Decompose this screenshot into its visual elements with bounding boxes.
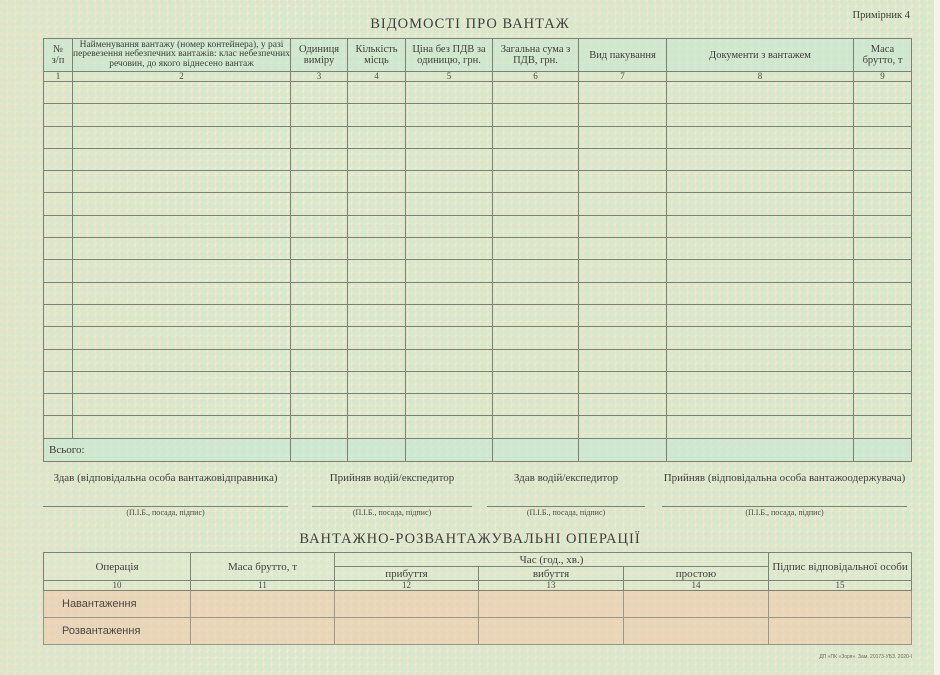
- cargo-cell[interactable]: [493, 171, 579, 193]
- cargo-cell[interactable]: [73, 371, 291, 393]
- cargo-cell[interactable]: [667, 215, 854, 237]
- cargo-cell[interactable]: [667, 282, 854, 304]
- cargo-cell[interactable]: [667, 327, 854, 349]
- cargo-cell[interactable]: [348, 371, 406, 393]
- cargo-cell[interactable]: [73, 238, 291, 260]
- cargo-cell[interactable]: [406, 282, 493, 304]
- cargo-cell[interactable]: [348, 171, 406, 193]
- cargo-cell[interactable]: [579, 171, 667, 193]
- col-header-mass: Маса брутто, т: [191, 553, 335, 581]
- cargo-cell[interactable]: [73, 349, 291, 371]
- cargo-cell[interactable]: [579, 349, 667, 371]
- cargo-cell[interactable]: [291, 327, 348, 349]
- cargo-cell[interactable]: [854, 304, 912, 326]
- paper-edge: [934, 0, 940, 675]
- cargo-cell[interactable]: [854, 104, 912, 126]
- cargo-cell[interactable]: [348, 104, 406, 126]
- table-row: [44, 104, 912, 126]
- cargo-cell[interactable]: [44, 394, 73, 416]
- col-header-gross-mass: Маса брутто, т: [854, 39, 912, 72]
- table-row: [44, 193, 912, 215]
- total-cell[interactable]: [854, 438, 912, 461]
- cargo-cell[interactable]: [348, 148, 406, 170]
- cargo-cell[interactable]: [493, 215, 579, 237]
- cargo-cell[interactable]: [73, 193, 291, 215]
- cargo-cell[interactable]: [73, 215, 291, 237]
- cargo-cell[interactable]: [73, 104, 291, 126]
- table-row: [44, 171, 912, 193]
- loading-arrival-cell[interactable]: [335, 591, 479, 618]
- cargo-cell[interactable]: [854, 126, 912, 148]
- signature-caption: (П.І.Б., посада, підпис): [662, 508, 907, 517]
- cargo-cell[interactable]: [579, 282, 667, 304]
- cargo-cell[interactable]: [493, 193, 579, 215]
- col-header-cargo-name: Найменування вантажу (номер контейнера),…: [73, 39, 291, 72]
- cargo-cell[interactable]: [406, 349, 493, 371]
- table-row: [44, 148, 912, 170]
- total-cell[interactable]: [348, 438, 406, 461]
- cargo-cell[interactable]: [406, 260, 493, 282]
- signature-caption: (П.І.Б., посада, підпис): [43, 508, 288, 517]
- cargo-cell[interactable]: [348, 82, 406, 104]
- unloading-departure-cell[interactable]: [479, 618, 624, 645]
- cargo-cell[interactable]: [579, 148, 667, 170]
- cargo-cell[interactable]: [44, 171, 73, 193]
- cargo-cell[interactable]: [854, 349, 912, 371]
- signature-line-shipper[interactable]: [43, 506, 288, 507]
- col-num: 15: [769, 581, 912, 591]
- loading-idle-cell[interactable]: [624, 591, 769, 618]
- col-header-price: Ціна без ПДВ за одиницю, грн.: [406, 39, 493, 72]
- cargo-cell[interactable]: [291, 126, 348, 148]
- operation-row-loading: Навантаження: [44, 591, 912, 618]
- table-row: [44, 394, 912, 416]
- col-num: 14: [624, 581, 769, 591]
- cargo-cell[interactable]: [44, 126, 73, 148]
- cargo-cell[interactable]: [44, 327, 73, 349]
- total-cell[interactable]: [493, 438, 579, 461]
- col-header-operation: Операція: [44, 553, 191, 581]
- cargo-cell[interactable]: [493, 104, 579, 126]
- cargo-cell[interactable]: [406, 304, 493, 326]
- cargo-cell[interactable]: [854, 193, 912, 215]
- printer-imprint: ДП «ПК «Зоря». Зам. 20173-УБЗ. 2020-І: [819, 654, 912, 660]
- cargo-cell[interactable]: [291, 238, 348, 260]
- cargo-cell[interactable]: [348, 126, 406, 148]
- signature-label-driver-accepted: Прийняв водій/експедитор: [312, 472, 472, 484]
- unloading-arrival-cell[interactable]: [335, 618, 479, 645]
- cargo-cell[interactable]: [73, 260, 291, 282]
- cargo-cell[interactable]: [493, 327, 579, 349]
- col-header-documents: Документи з вантажем: [667, 39, 854, 72]
- cargo-cell[interactable]: [348, 193, 406, 215]
- cargo-cell[interactable]: [667, 171, 854, 193]
- cargo-cell[interactable]: [44, 260, 73, 282]
- cargo-cell[interactable]: [348, 327, 406, 349]
- cargo-cell[interactable]: [667, 416, 854, 438]
- unloading-signature-cell[interactable]: [769, 618, 912, 645]
- cargo-cell[interactable]: [291, 215, 348, 237]
- cargo-cell[interactable]: [667, 304, 854, 326]
- cargo-cell[interactable]: [44, 148, 73, 170]
- cargo-cell[interactable]: [493, 416, 579, 438]
- cargo-cell[interactable]: [854, 416, 912, 438]
- cargo-cell[interactable]: [348, 282, 406, 304]
- cargo-cell[interactable]: [44, 215, 73, 237]
- operations-header-row-1: Операція Маса брутто, т Час (год., хв.) …: [44, 553, 912, 567]
- cargo-cell[interactable]: [73, 327, 291, 349]
- cargo-cell[interactable]: [579, 371, 667, 393]
- cargo-total-row: Всього:: [44, 438, 912, 461]
- cargo-cell[interactable]: [667, 126, 854, 148]
- cargo-cell[interactable]: [579, 193, 667, 215]
- cargo-cell[interactable]: [44, 371, 73, 393]
- cargo-cell[interactable]: [291, 260, 348, 282]
- cargo-cell[interactable]: [493, 394, 579, 416]
- table-row: [44, 416, 912, 438]
- col-header-departure: вибуття: [479, 567, 624, 581]
- col-header-signature: Підпис відповідальної особи: [769, 553, 912, 581]
- table-row: [44, 371, 912, 393]
- cargo-cell[interactable]: [493, 260, 579, 282]
- cargo-cell[interactable]: [579, 260, 667, 282]
- table-row: [44, 215, 912, 237]
- cargo-cell[interactable]: [667, 394, 854, 416]
- operation-label-loading: Навантаження: [44, 591, 191, 618]
- col-header-arrival: прибуття: [335, 567, 479, 581]
- cargo-cell[interactable]: [854, 327, 912, 349]
- cargo-cell[interactable]: [579, 126, 667, 148]
- total-cell[interactable]: [667, 438, 854, 461]
- table-row: [44, 82, 912, 104]
- cargo-cell[interactable]: [667, 104, 854, 126]
- total-cell[interactable]: [291, 438, 348, 461]
- cargo-cell[interactable]: [73, 394, 291, 416]
- cargo-cell[interactable]: [291, 193, 348, 215]
- cargo-cell[interactable]: [348, 349, 406, 371]
- cargo-cell[interactable]: [73, 82, 291, 104]
- cargo-cell[interactable]: [854, 171, 912, 193]
- cargo-cell[interactable]: [579, 238, 667, 260]
- cargo-cell[interactable]: [406, 148, 493, 170]
- cargo-cell[interactable]: [291, 171, 348, 193]
- cargo-cell[interactable]: [493, 126, 579, 148]
- cargo-cell[interactable]: [579, 304, 667, 326]
- cargo-cell[interactable]: [579, 416, 667, 438]
- signature-line-driver-accepted[interactable]: [312, 506, 472, 507]
- cargo-cell[interactable]: [348, 304, 406, 326]
- cargo-cell[interactable]: [73, 282, 291, 304]
- cargo-cell[interactable]: [73, 148, 291, 170]
- cargo-cell[interactable]: [406, 394, 493, 416]
- col-num: 1: [44, 72, 73, 82]
- cargo-cell[interactable]: [348, 215, 406, 237]
- col-num: 11: [191, 581, 335, 591]
- cargo-cell[interactable]: [667, 82, 854, 104]
- cargo-cell[interactable]: [854, 82, 912, 104]
- cargo-cell[interactable]: [493, 82, 579, 104]
- cargo-cell[interactable]: [348, 260, 406, 282]
- col-header-places: Кількість місць: [348, 39, 406, 72]
- signature-label-driver-handed: Здав водій/експедитор: [487, 472, 645, 484]
- cargo-cell[interactable]: [348, 238, 406, 260]
- cargo-cell[interactable]: [854, 282, 912, 304]
- signature-caption: (П.І.Б., посада, підпис): [312, 508, 472, 517]
- table-row: [44, 304, 912, 326]
- signature-line-consignee[interactable]: [662, 506, 907, 507]
- cargo-cell[interactable]: [406, 238, 493, 260]
- cargo-cell[interactable]: [667, 260, 854, 282]
- cargo-cell[interactable]: [579, 82, 667, 104]
- total-cell[interactable]: [406, 438, 493, 461]
- col-header-number: № з/п: [44, 39, 73, 72]
- col-num: 9: [854, 72, 912, 82]
- cargo-cell[interactable]: [291, 349, 348, 371]
- cargo-cell[interactable]: [493, 349, 579, 371]
- signature-label-consignee: Прийняв (відповідальна особа вантажоодер…: [662, 472, 907, 484]
- cargo-cell[interactable]: [44, 193, 73, 215]
- cargo-cell[interactable]: [579, 215, 667, 237]
- signature-label-shipper: Здав (відповідальна особа вантажовідправ…: [43, 472, 288, 484]
- table-row: [44, 327, 912, 349]
- cargo-cell[interactable]: [406, 104, 493, 126]
- cargo-cell[interactable]: [406, 327, 493, 349]
- cargo-section-title: ВІДОМОСТІ ПРО ВАНТАЖ: [0, 16, 940, 33]
- cargo-cell[interactable]: [854, 394, 912, 416]
- cargo-cell[interactable]: [291, 82, 348, 104]
- cargo-cell[interactable]: [406, 171, 493, 193]
- cargo-cell[interactable]: [406, 82, 493, 104]
- cargo-cell[interactable]: [854, 215, 912, 237]
- cargo-cell[interactable]: [44, 82, 73, 104]
- operations-number-row: 10 11 12 13 14 15: [44, 581, 912, 591]
- cargo-cell[interactable]: [854, 260, 912, 282]
- cargo-cell[interactable]: [493, 304, 579, 326]
- cargo-cell[interactable]: [406, 126, 493, 148]
- col-num: 8: [667, 72, 854, 82]
- cargo-cell[interactable]: [579, 394, 667, 416]
- cargo-cell[interactable]: [291, 282, 348, 304]
- cargo-cell[interactable]: [44, 238, 73, 260]
- cargo-cell[interactable]: [493, 238, 579, 260]
- loading-signature-cell[interactable]: [769, 591, 912, 618]
- loading-departure-cell[interactable]: [479, 591, 624, 618]
- col-header-total-sum: Загальна сума з ПДВ, грн.: [493, 39, 579, 72]
- cargo-cell[interactable]: [667, 193, 854, 215]
- cargo-cell[interactable]: [493, 371, 579, 393]
- col-num: 12: [335, 581, 479, 591]
- operations-section-title: ВАНТАЖНО-РОЗВАНТАЖУВАЛЬНІ ОПЕРАЦІЇ: [0, 531, 940, 548]
- col-num: 6: [493, 72, 579, 82]
- col-header-unit: Одиниця виміру: [291, 39, 348, 72]
- cargo-cell[interactable]: [348, 416, 406, 438]
- operation-row-unloading: Розвантаження: [44, 618, 912, 645]
- cargo-cell[interactable]: [493, 282, 579, 304]
- cargo-cell[interactable]: [291, 104, 348, 126]
- col-num: 7: [579, 72, 667, 82]
- operation-label-unloading: Розвантаження: [44, 618, 191, 645]
- total-cell[interactable]: [579, 438, 667, 461]
- cargo-cell[interactable]: [854, 238, 912, 260]
- cargo-cell[interactable]: [406, 416, 493, 438]
- cargo-cell[interactable]: [667, 238, 854, 260]
- col-num: 4: [348, 72, 406, 82]
- table-row: [44, 238, 912, 260]
- col-header-idle: простою: [624, 567, 769, 581]
- table-row: [44, 260, 912, 282]
- table-row: [44, 126, 912, 148]
- cargo-cell[interactable]: [348, 394, 406, 416]
- cargo-cell[interactable]: [291, 394, 348, 416]
- operations-table: Операція Маса брутто, т Час (год., хв.) …: [43, 552, 912, 645]
- cargo-cell[interactable]: [73, 304, 291, 326]
- signature-line-driver-handed[interactable]: [487, 506, 645, 507]
- col-num: 3: [291, 72, 348, 82]
- col-num: 2: [73, 72, 291, 82]
- cargo-cell[interactable]: [406, 215, 493, 237]
- cargo-cell[interactable]: [579, 104, 667, 126]
- cargo-cell[interactable]: [73, 171, 291, 193]
- col-header-packaging: Вид пакування: [579, 39, 667, 72]
- cargo-number-row: 1 2 3 4 5 6 7 8 9: [44, 72, 912, 82]
- cargo-cell[interactable]: [667, 148, 854, 170]
- unloading-mass-cell[interactable]: [191, 618, 335, 645]
- col-num: 13: [479, 581, 624, 591]
- table-row: [44, 349, 912, 371]
- col-num: 10: [44, 581, 191, 591]
- cargo-cell[interactable]: [406, 371, 493, 393]
- col-num: 5: [406, 72, 493, 82]
- cargo-cell[interactable]: [291, 304, 348, 326]
- col-header-time: Час (год., хв.): [335, 553, 769, 567]
- unloading-idle-cell[interactable]: [624, 618, 769, 645]
- cargo-cell[interactable]: [406, 193, 493, 215]
- cargo-cell[interactable]: [854, 371, 912, 393]
- cargo-cell[interactable]: [667, 349, 854, 371]
- cargo-cell[interactable]: [44, 304, 73, 326]
- cargo-cell[interactable]: [854, 148, 912, 170]
- cargo-cell[interactable]: [73, 416, 291, 438]
- table-row: [44, 282, 912, 304]
- cargo-cell[interactable]: [291, 148, 348, 170]
- cargo-cell[interactable]: [73, 126, 291, 148]
- cargo-cell[interactable]: [291, 371, 348, 393]
- cargo-cell[interactable]: [44, 416, 73, 438]
- cargo-cell[interactable]: [44, 104, 73, 126]
- cargo-cell[interactable]: [579, 327, 667, 349]
- cargo-table: № з/п Найменування вантажу (номер контей…: [43, 38, 912, 462]
- cargo-rows: [44, 82, 912, 439]
- loading-mass-cell[interactable]: [191, 591, 335, 618]
- cargo-cell[interactable]: [667, 371, 854, 393]
- cargo-cell[interactable]: [44, 349, 73, 371]
- cargo-cell[interactable]: [44, 282, 73, 304]
- signature-caption: (П.І.Б., посада, підпис): [487, 508, 645, 517]
- total-label: Всього:: [44, 438, 291, 461]
- cargo-cell[interactable]: [291, 416, 348, 438]
- cargo-header-row: № з/п Найменування вантажу (номер контей…: [44, 39, 912, 72]
- cargo-cell[interactable]: [493, 148, 579, 170]
